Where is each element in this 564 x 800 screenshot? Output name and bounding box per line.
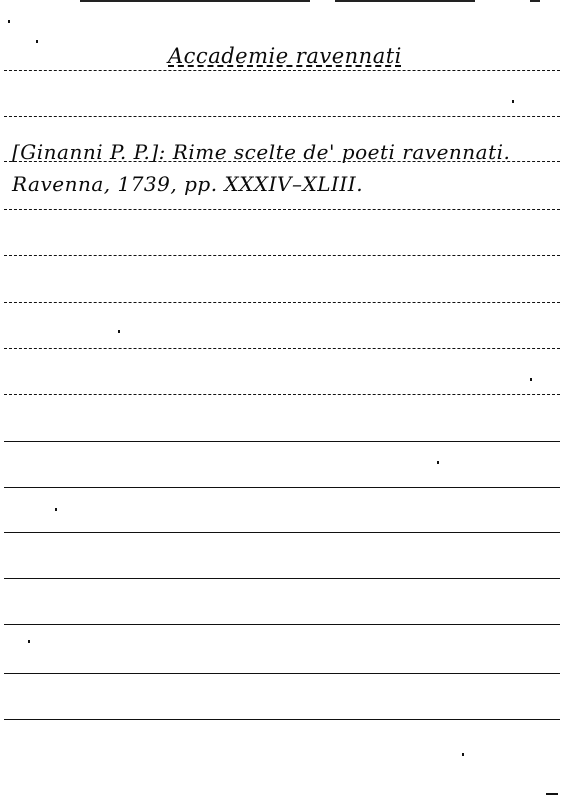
ruled-line (4, 348, 560, 349)
ink-speck (36, 40, 38, 43)
ink-speck (512, 100, 514, 103)
ink-speck (55, 508, 57, 511)
ink-speck (28, 640, 30, 643)
ink-speck (437, 461, 439, 464)
ink-speck (530, 378, 532, 381)
ruled-line (4, 394, 560, 395)
ruled-line (4, 532, 560, 533)
ruled-line (4, 673, 560, 674)
ink-speck (462, 753, 464, 756)
ruled-line (4, 578, 560, 579)
ruled-line (4, 624, 560, 625)
ruled-line (4, 487, 560, 488)
top-edge-mark (80, 0, 310, 2)
ruled-line (4, 209, 560, 210)
entry-line-2: Ravenna, 1739, pp. XXXIV–XLIII. (12, 172, 363, 196)
ruled-line (4, 255, 560, 256)
ink-speck (546, 793, 558, 795)
top-edge-mark (530, 0, 540, 2)
ink-speck (118, 330, 120, 333)
ruled-line (4, 719, 560, 720)
catalog-card: Accademie ravennati [Ginanni P. P.]: Rim… (0, 0, 564, 800)
ruled-line (4, 116, 560, 117)
card-heading: Accademie ravennati (168, 44, 402, 68)
ruled-line (4, 302, 560, 303)
top-edge-mark (335, 0, 475, 2)
ruled-line (4, 441, 560, 442)
ruled-line (4, 70, 560, 71)
ruled-line (4, 161, 560, 162)
ink-speck (8, 20, 10, 23)
